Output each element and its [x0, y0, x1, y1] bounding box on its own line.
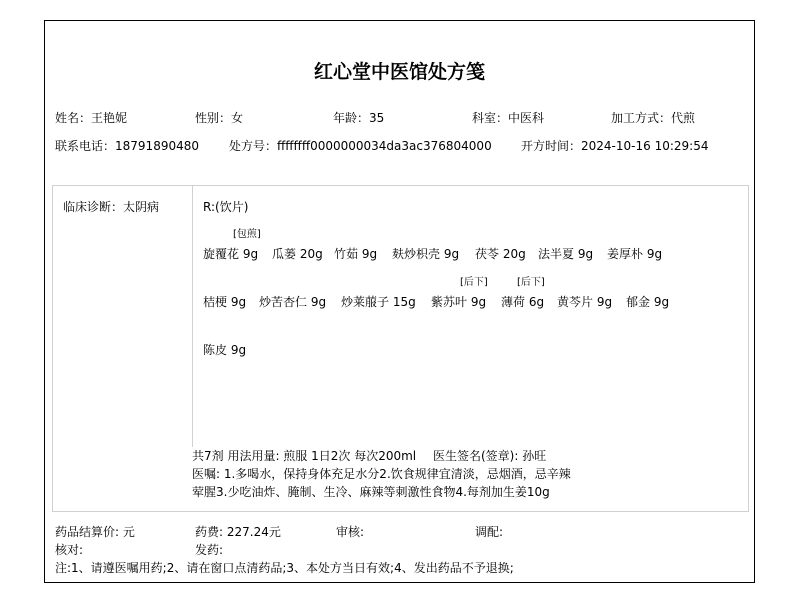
herb-item: 瓜蒌 20g	[272, 245, 323, 262]
patient-age: 年龄：35	[333, 109, 384, 126]
herb-item: 紫苏叶 9g	[431, 293, 486, 310]
prescription-sheet: 红心堂中医馆处方笺 姓名：王艳妮 性别：女 年龄：35 科室：中医科 加工方式：…	[44, 20, 755, 583]
review-label: 审核:	[336, 523, 364, 540]
patient-name: 姓名：王艳妮	[55, 109, 127, 126]
doctor-signature: 医生签名(签章): 孙旺	[433, 447, 546, 465]
settlement-price: 药品结算价: 元	[55, 523, 135, 540]
herb-note: [后下]	[460, 273, 488, 288]
herb-item: 郁金 9g	[626, 293, 669, 310]
patient-gender: 性别：女	[195, 109, 243, 126]
rx-heading: R:(饮片)	[203, 198, 248, 215]
herb-item: 法半夏 9g	[538, 245, 593, 262]
prescription-time: 开方时间：2024-10-16 10:29:54	[521, 137, 708, 154]
herb-item: 姜厚朴 9g	[607, 245, 662, 262]
patient-phone: 联系电话：18791890480	[55, 137, 199, 154]
processing-method: 加工方式：代煎	[611, 109, 695, 126]
issue-label: 发药:	[195, 541, 223, 558]
herb-item: 麸炒枳壳 9g	[392, 245, 459, 262]
herb-item: 桔梗 9g	[203, 293, 246, 310]
herb-item: 薄荷 6g	[501, 293, 544, 310]
herb-item: 茯苓 20g	[475, 245, 526, 262]
herb-item: 炒苦杏仁 9g	[259, 293, 326, 310]
medical-advice: 医嘱: 1.多喝水，保持身体充足水分2.饮食规律宜清淡，忌烟酒，忌辛辣荤腥3.少…	[192, 465, 572, 501]
herb-item: 黄芩片 9g	[557, 293, 612, 310]
drug-fee: 药费: 227.24元	[195, 523, 281, 540]
herb-item: 竹茹 9g	[334, 245, 377, 262]
prescription-box: 临床诊断：太阴病 R:(饮片) [包煎] 旋覆花 9g 瓜蒌 20g 竹茹 9g…	[52, 185, 749, 512]
herb-note: [包煎]	[233, 225, 261, 240]
column-divider	[192, 186, 193, 447]
clinical-diagnosis: 临床诊断：太阴病	[63, 198, 159, 215]
compound-label: 调配:	[475, 523, 503, 540]
prescription-number: 处方号：ffffffff0000000034da3ac376804000	[229, 137, 492, 154]
herb-item: 炒莱菔子 15g	[341, 293, 416, 310]
notice-text: 注:1、请遵医嘱用药;2、请在窗口点清药品;3、本处方当日有效;4、发出药品不予…	[55, 559, 514, 576]
page-title: 红心堂中医馆处方笺	[45, 57, 754, 84]
check-label: 核对:	[55, 541, 83, 558]
herb-item: 陈皮 9g	[203, 341, 246, 358]
department: 科室：中医科	[472, 109, 544, 126]
herb-item: 旋覆花 9g	[203, 245, 258, 262]
herb-note: [后下]	[517, 273, 545, 288]
